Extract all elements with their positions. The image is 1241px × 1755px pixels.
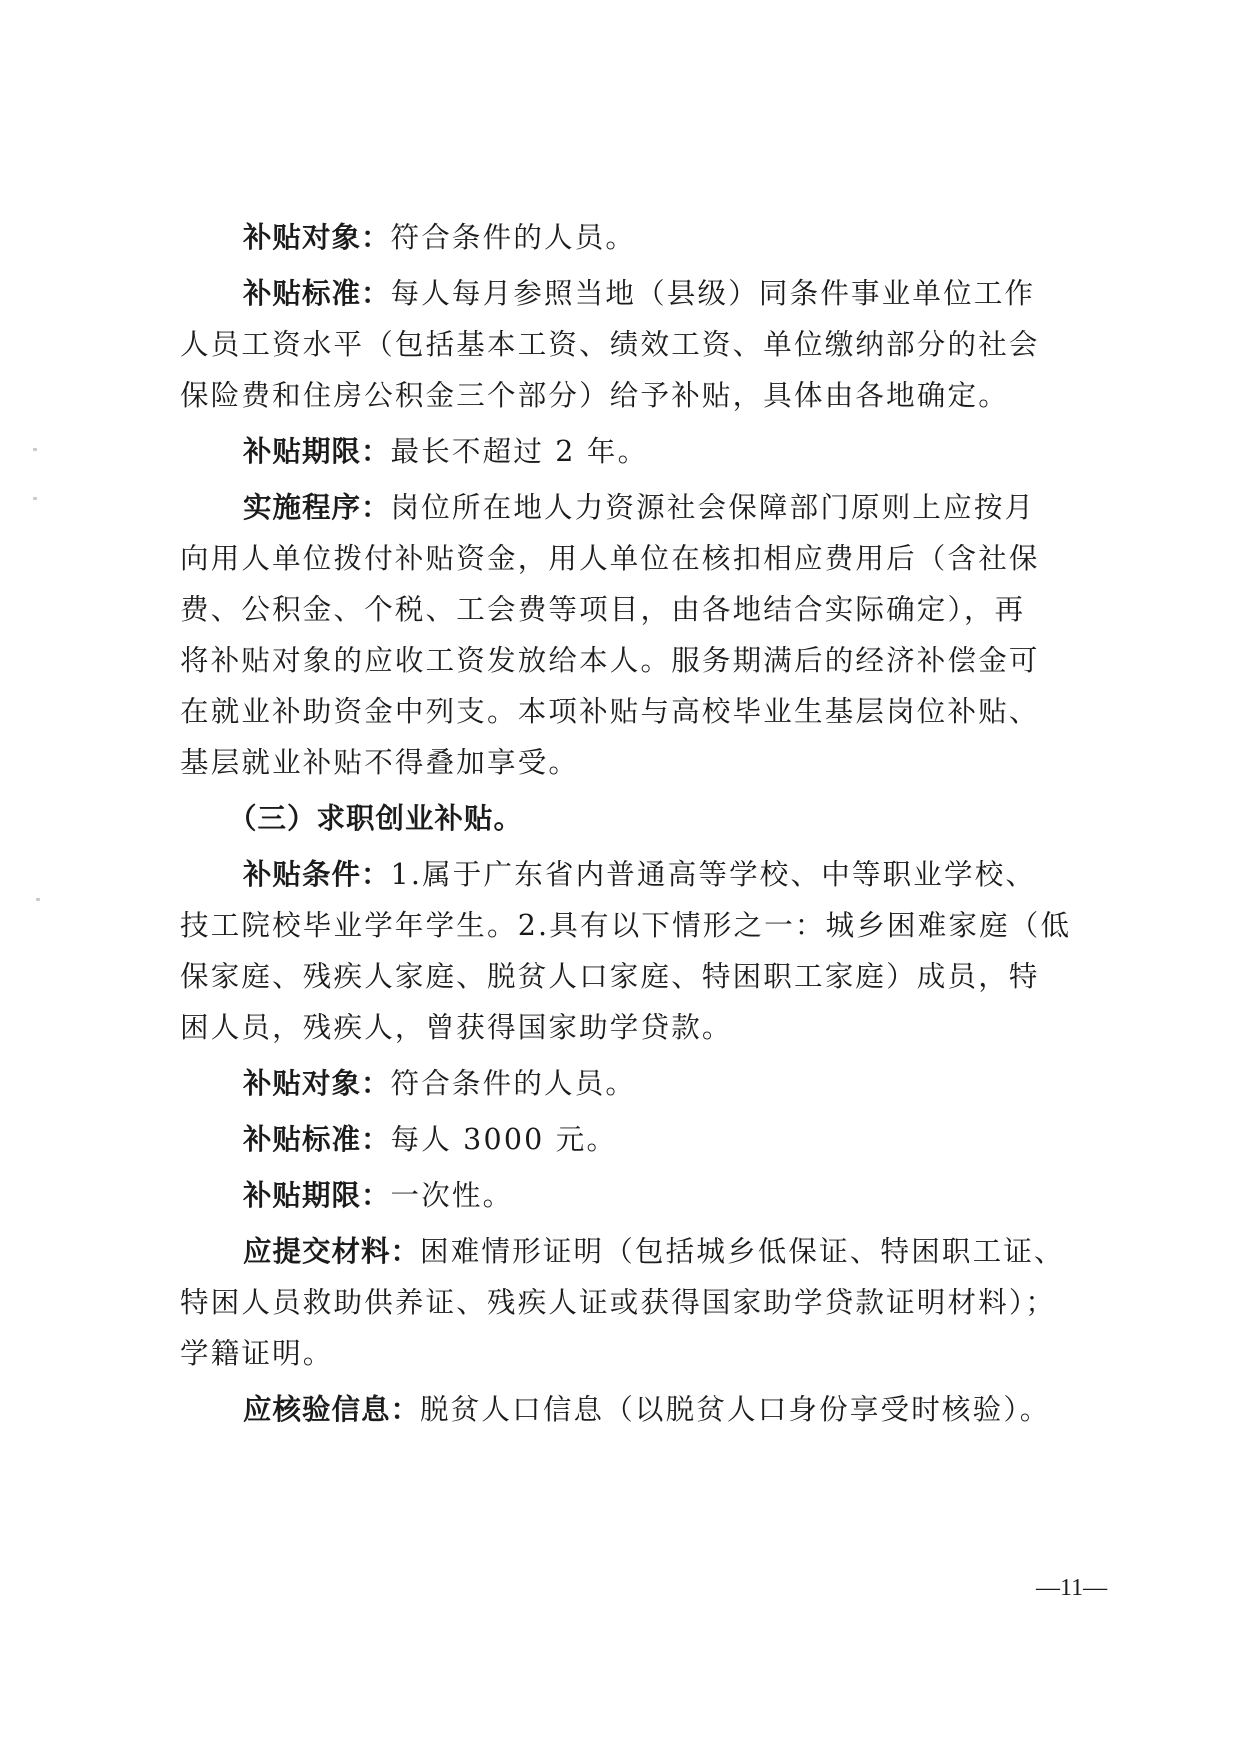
paragraph-required-materials: 应提交材料：困难情形证明（包括城乡低保证、特困职工证、	[180, 1226, 1090, 1277]
field-value: 符合条件的人员。	[391, 221, 637, 254]
field-value: 每人每月参照当地（县级）同条件事业单位工作	[391, 277, 1036, 310]
text-line: 特困人员救助供养证、残疾人证或获得国家助学贷款证明材料）；	[180, 1277, 1090, 1328]
paragraph-verification-info: 应核验信息：脱贫人口信息（以脱贫人口身份享受时核验）。	[180, 1384, 1090, 1435]
page-number: —11—	[1036, 1575, 1107, 1602]
paragraph-implementation-procedure: 实施程序：岗位所在地人力资源社会保障部门原则上应按月	[180, 482, 1090, 533]
paragraph-subsidy-conditions: 补贴条件：1.属于广东省内普通高等学校、中等职业学校、	[180, 849, 1090, 900]
text-line: 困人员，残疾人，曾获得国家助学贷款。	[180, 1002, 1090, 1053]
field-label: 补贴对象：	[243, 221, 391, 254]
text-line: 基层就业补贴不得叠加享受。	[180, 737, 1090, 788]
field-label: 补贴标准：	[243, 277, 391, 310]
text-line: 保险费和住房公积金三个部分）给予补贴，具体由各地确定。	[180, 370, 1090, 421]
field-value: 1.属于广东省内普通高等学校、中等职业学校、	[391, 858, 1037, 891]
text-line: 技工院校毕业学年学生。2.具有以下情形之一：城乡困难家庭（低	[180, 900, 1090, 951]
text-line: 学籍证明。	[180, 1328, 1090, 1379]
field-label: 补贴期限：	[243, 1179, 391, 1212]
field-label: 补贴期限：	[243, 435, 391, 468]
scan-mark	[36, 898, 40, 901]
text-line: 费、公积金、个税、工会费等项目，由各地结合实际确定），再	[180, 584, 1090, 635]
field-label: 实施程序：	[243, 491, 391, 524]
field-label: 应核验信息：	[243, 1393, 420, 1426]
scan-mark	[33, 497, 37, 500]
text-line: 在就业补助资金中列支。本项补贴与高校毕业生基层岗位补贴、	[180, 686, 1090, 737]
field-label: 补贴条件：	[243, 858, 391, 891]
field-label: 应提交材料：	[243, 1235, 420, 1268]
text-line: 将补贴对象的应收工资发放给本人。服务期满后的经济补偿金可	[180, 635, 1090, 686]
paragraph-subsidy-period-2: 补贴期限：一次性。	[180, 1170, 1090, 1221]
field-value: 最长不超过 2 年。	[391, 435, 649, 468]
section-heading: （三）求职创业补贴。	[180, 793, 1090, 844]
scan-mark	[33, 448, 37, 451]
paragraph-subsidy-standard-2: 补贴标准：每人 3000 元。	[180, 1114, 1090, 1165]
text-line: 人员工资水平（包括基本工资、绩效工资、单位缴纳部分的社会	[180, 319, 1090, 370]
document-page: 补贴对象：符合条件的人员。 补贴标准：每人每月参照当地（县级）同条件事业单位工作…	[0, 0, 1241, 1755]
field-value: 脱贫人口信息（以脱贫人口身份享受时核验）。	[420, 1393, 1050, 1426]
text-line: 保家庭、残疾人家庭、脱贫人口家庭、特困职工家庭）成员，特	[180, 951, 1090, 1002]
field-value: 符合条件的人员。	[391, 1067, 637, 1100]
field-label: 补贴对象：	[243, 1067, 391, 1100]
text-line: 向用人单位拨付补贴资金，用人单位在核扣相应费用后（含社保	[180, 533, 1090, 584]
field-label: 补贴标准：	[243, 1123, 391, 1156]
paragraph-subsidy-target: 补贴对象：符合条件的人员。	[180, 212, 1090, 263]
document-body: 补贴对象：符合条件的人员。 补贴标准：每人每月参照当地（县级）同条件事业单位工作…	[180, 212, 1090, 1435]
paragraph-subsidy-standard: 补贴标准：每人每月参照当地（县级）同条件事业单位工作	[180, 268, 1090, 319]
field-value: 每人 3000 元。	[391, 1123, 618, 1156]
field-value: 困难情形证明（包括城乡低保证、特困职工证、	[420, 1235, 1065, 1268]
field-value: 一次性。	[391, 1179, 514, 1212]
field-value: 岗位所在地人力资源社会保障部门原则上应按月	[391, 491, 1036, 524]
paragraph-subsidy-target-2: 补贴对象：符合条件的人员。	[180, 1058, 1090, 1109]
paragraph-subsidy-period: 补贴期限：最长不超过 2 年。	[180, 426, 1090, 477]
